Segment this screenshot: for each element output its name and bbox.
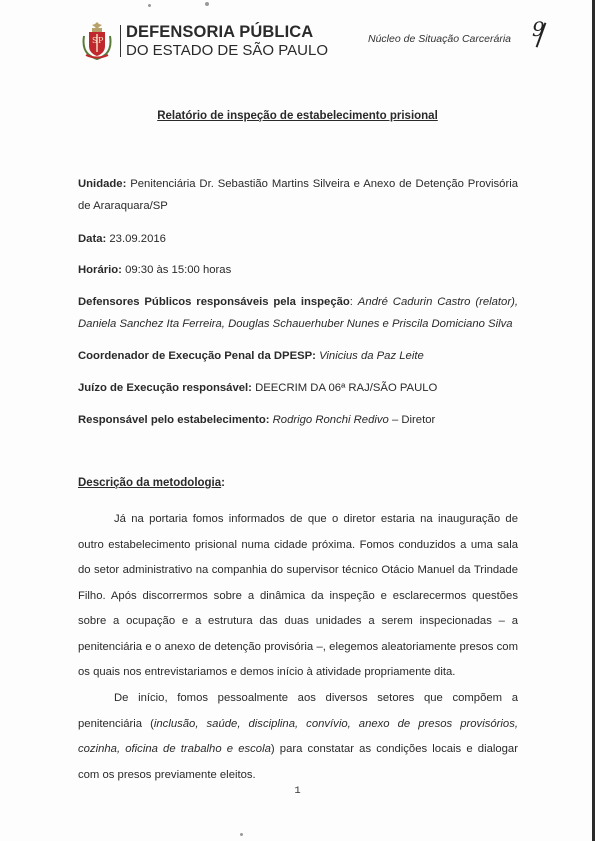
field-value: 09:30 às 15:00 horas: [125, 264, 231, 276]
section-heading-colon: :: [221, 477, 225, 489]
field-unidade: Unidade: Penitenciária Dr. Sebastião Mar…: [78, 173, 518, 217]
field-value: Penitenciária Dr. Sebastião Martins Silv…: [78, 178, 518, 212]
field-label: Responsável pelo estabelecimento:: [78, 414, 270, 426]
field-responsavel: Responsável pelo estabelecimento: Rodrig…: [78, 409, 518, 431]
brand-subtitle: DO ESTADO DE SÃO PAULO: [126, 43, 328, 58]
department-label: Núcleo de Situação Carcerária: [368, 33, 511, 45]
brand-wordmark: DEFENSORIA PÚBLICA DO ESTADO DE SÃO PAUL…: [126, 24, 328, 58]
field-value: DEECRIM DA 06ª RAJ/SÃO PAULO: [255, 382, 437, 394]
field-data: Data: 23.09.2016: [78, 228, 518, 250]
field-value: Vinicius da Paz Leite: [319, 350, 424, 362]
field-label: Horário:: [78, 264, 122, 276]
field-colon: :: [350, 296, 353, 308]
field-label: Unidade:: [78, 178, 126, 190]
field-defensores: Defensores Públicos responsáveis pela in…: [78, 291, 518, 335]
sao-paulo-coat-of-arms-icon: S P: [80, 22, 114, 60]
section-heading-text: Descrição da metodologia: [78, 477, 221, 489]
methodology-paragraph-1: Já na portaria fomos informados de que o…: [78, 507, 518, 686]
field-label: Data:: [78, 233, 106, 245]
document-title: Relatório de inspeção de estabelecimento…: [0, 110, 595, 122]
scan-speck: [240, 833, 243, 836]
field-value: Rodrigo Ronchi Redivo: [273, 414, 389, 426]
field-label: Defensores Públicos responsáveis pela in…: [78, 296, 350, 308]
field-role: – Diretor: [392, 414, 435, 426]
scan-speck: [148, 4, 151, 7]
document-page: S P DEFENSORIA PÚBLICA DO ESTADO DE SÃO …: [0, 0, 595, 841]
paragraph-text: Já na portaria fomos informados de que o…: [78, 513, 518, 678]
field-coordenador: Coordenador de Execução Penal da DPESP: …: [78, 345, 518, 367]
letterhead: S P DEFENSORIA PÚBLICA DO ESTADO DE SÃO …: [80, 20, 328, 62]
page-number: 1: [0, 785, 595, 797]
field-juizo: Juízo de Execução responsável: DEECRIM D…: [78, 377, 518, 399]
field-horario: Horário: 09:30 às 15:00 horas: [78, 259, 518, 281]
brand-name: DEFENSORIA PÚBLICA: [126, 24, 328, 41]
svg-text:P: P: [98, 36, 104, 45]
field-value: 23.09.2016: [109, 233, 166, 245]
brand-divider: [120, 25, 121, 57]
section-heading-methodology: Descrição da metodologia:: [78, 477, 225, 489]
field-label: Coordenador de Execução Penal da DPESP:: [78, 350, 316, 362]
field-label: Juízo de Execução responsável:: [78, 382, 252, 394]
scan-speck: [205, 2, 209, 6]
methodology-paragraph-2: De início, fomos pessoalmente aos divers…: [78, 686, 518, 788]
